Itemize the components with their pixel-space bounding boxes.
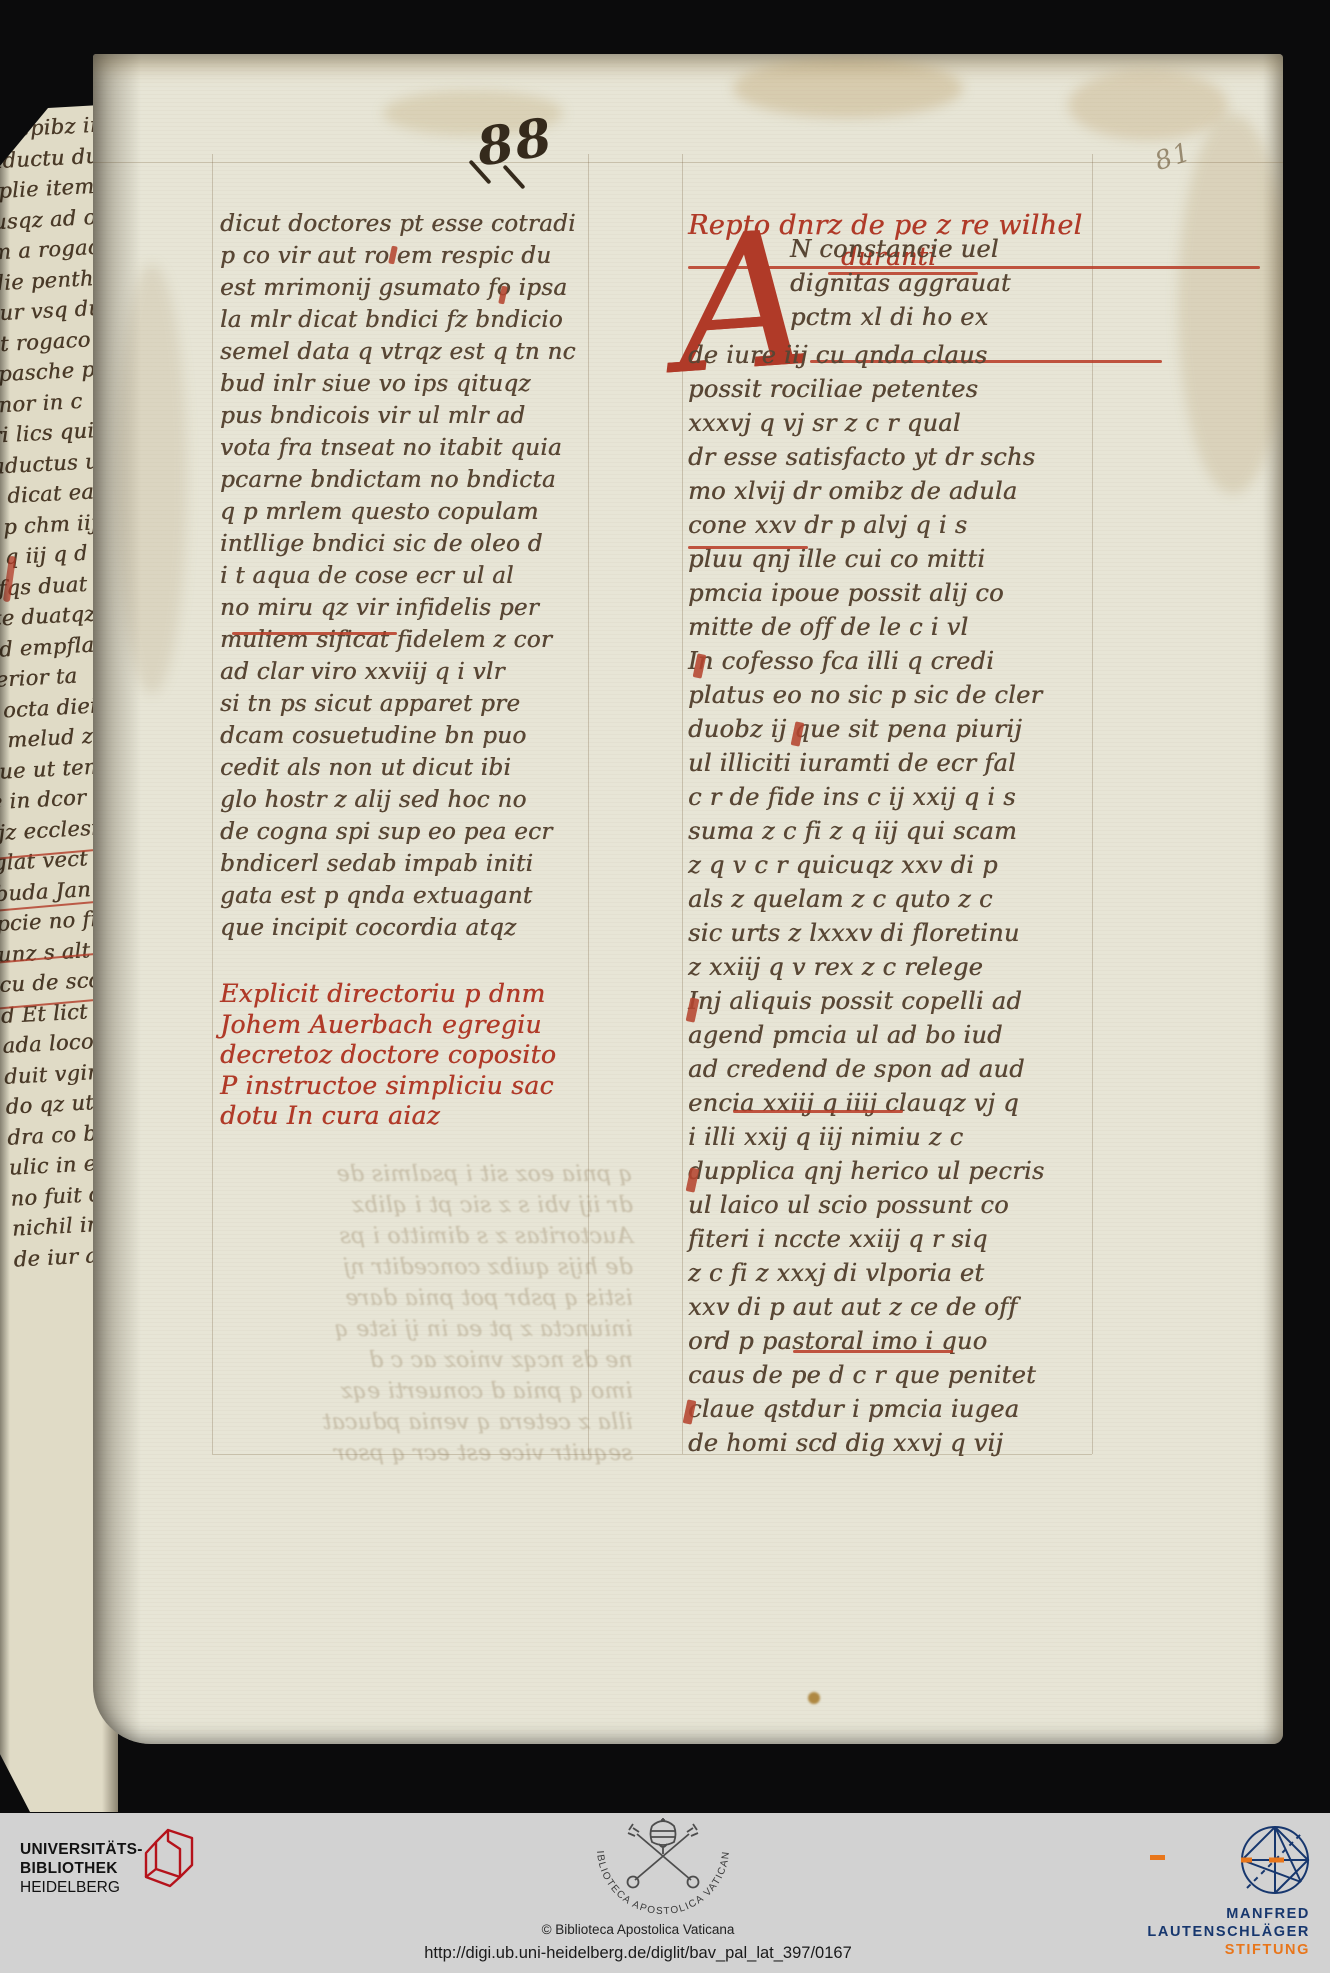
text-line: xxxvj q vj sr z c r qual: [688, 406, 1128, 440]
text-line: i t aqua de cose ecr ul al: [220, 560, 610, 592]
mls-line3: STIFTUNG: [1050, 1941, 1310, 1959]
text-line: decretoz doctore coposito: [220, 1040, 640, 1071]
right-column-indented-text: N constancie ueldignitas aggrauatpctm xl…: [790, 232, 1130, 334]
text-line: Auctoritas z s dimitto i ps: [233, 1221, 633, 1252]
vatican-emblem-icon: BIBLIOTECA APOSTOLICA VATICANA: [583, 1818, 743, 1918]
text-line: ne ds ncqz vnioz ac c d: [233, 1345, 633, 1376]
manuscript-page: 88 81 dicut doctores pt esse cotradip co…: [93, 54, 1283, 1744]
red-underline: [688, 546, 808, 549]
text-line: z c fi z xxxj di vlporia et: [688, 1256, 1128, 1290]
ub-line1: UNIVERSITÄTS-: [20, 1840, 143, 1859]
ruling-line: [93, 162, 1283, 163]
text-line: mo xlvij dr omibz de adula: [688, 474, 1128, 508]
text-line: de homi scd dig xxvj q vij: [688, 1426, 1128, 1460]
footer-bar: UNIVERSITÄTS- BIBLIOTHEK HEIDELBERG: [0, 1813, 1330, 1973]
text-line: intllige bndici sic de oleo d: [220, 528, 610, 560]
right-column-text: de iure iij cu qnda clauspossit rociliae…: [688, 338, 1128, 1460]
text-line: mitte de off de le c i vl: [688, 610, 1128, 644]
text-line: pus bndicois vir ul mlr ad: [220, 400, 610, 432]
text-line: no miru qz vir infidelis per: [220, 592, 610, 624]
text-line: pmcia ipoue possit alij co: [688, 576, 1128, 610]
stain: [808, 1692, 820, 1704]
stain: [733, 58, 963, 118]
text-line: bud inlr siue vo ips qituqz: [220, 368, 610, 400]
text-line: platus eo no sic p sic de cler: [688, 678, 1128, 712]
vatican-arc-text: BIBLIOTECA APOSTOLICA VATICANA: [583, 1818, 732, 1917]
text-line: si tn ps sicut apparet pre: [220, 688, 610, 720]
text-line: ul laico ul scio possunt co: [688, 1188, 1128, 1222]
text-line: pcarne bndictam no bndicta: [220, 464, 610, 496]
text-line: dcam cosuetudine bn puo: [220, 720, 610, 752]
text-line: pctm xl di ho ex: [790, 300, 1130, 334]
text-line: dr iij vbi s z sic pt i qlibz: [233, 1190, 633, 1221]
text-line: de hijs quibz conceditr nj: [233, 1252, 633, 1283]
text-line: als z quelam z c quto z c: [688, 882, 1128, 916]
ub-line3: HEIDELBERG: [20, 1878, 143, 1897]
text-line: imo q pnia d conuerti eqz: [233, 1376, 633, 1407]
text-line: suma z c fi z q iij qui scam: [688, 814, 1128, 848]
text-line: iniuncta z pt ea in ij iste q: [233, 1314, 633, 1345]
quire-mark: 88: [473, 106, 558, 178]
text-line: N constancie uel: [790, 232, 1130, 266]
text-line: i illi xxij q iij nimiu z c: [688, 1120, 1128, 1154]
text-line: bndicerl sedab impab initi: [220, 848, 610, 880]
text-line: de iure iij cu qnda claus: [688, 338, 1128, 372]
explicit-rubric: Explicit directoriu p dnmJohem Auerbach …: [220, 979, 640, 1132]
text-line: q p mrlem questo copulam: [220, 496, 610, 528]
text-line: vota fra tnseat no itabit quia: [220, 432, 610, 464]
text-line: que incipit cocordia atqz: [220, 912, 610, 944]
text-line: q pnia eoz sit i psalmis de: [233, 1159, 633, 1190]
text-line: duobz ij que sit pena piurij: [688, 712, 1128, 746]
text-line: cedit als non ut dicut ibi: [220, 752, 610, 784]
page-edge-shadow: [1263, 54, 1283, 1744]
ruling-line: [212, 154, 213, 1454]
text-line: sequitr vice est ecr q psor: [233, 1438, 633, 1469]
text-line: agend pmcia ul ad bo iud: [688, 1018, 1128, 1052]
text-line: dotu In cura aiaz: [220, 1101, 640, 1132]
text-line: ad credend de spon ad aud: [688, 1052, 1128, 1086]
mls-logo-icon: [1237, 1822, 1313, 1898]
text-line: ul illiciti iuramti de ecr fal: [688, 746, 1128, 780]
text-line: dignitas aggrauat: [790, 266, 1130, 300]
text-line: gata est p qnda extuagant: [220, 880, 610, 912]
text-line: possit rociliae petentes: [688, 372, 1128, 406]
text-line: c r de fide ins c ij xxij q i s: [688, 780, 1128, 814]
scanned-manuscript-viewer: ff est epibz intab aductu duin eplie ite…: [0, 0, 1330, 1973]
text-line: Explicit directoriu p dnm: [220, 979, 640, 1010]
text-line: fiteri i nccte xxiij q r siq: [688, 1222, 1128, 1256]
text-line: istis q psbr pot pnia dare: [233, 1283, 633, 1314]
text-line: sic urts z lxxxv di floretinu: [688, 916, 1128, 950]
text-line: encia xxiij q iiij clauqz vj q: [688, 1086, 1128, 1120]
text-line: xxv di p aut aut z ce de off: [688, 1290, 1128, 1324]
mls-wordmark: MANFRED LAUTENSCHLÄGER STIFTUNG: [1050, 1905, 1310, 1959]
text-line: glo hostr z alij sed hoc no: [220, 784, 610, 816]
text-line: claue qstdur i pmcia iugea: [688, 1392, 1128, 1426]
ub-heidelberg-wordmark: UNIVERSITÄTS- BIBLIOTHEK HEIDELBERG: [20, 1840, 143, 1897]
text-line: ad clar viro xxviij q i vlr: [220, 656, 610, 688]
text-line: est mrimonij gsumato fo ipsa: [220, 272, 610, 304]
text-line: z q v c r quicuqz xxv di p: [688, 848, 1128, 882]
stain: [1068, 70, 1228, 140]
svg-text:BIBLIOTECA APOSTOLICA VATICANA: BIBLIOTECA APOSTOLICA VATICANA: [583, 1818, 732, 1917]
text-line: caus de pe d c r que penitet: [688, 1358, 1128, 1392]
text-line: Inj aliquis possit copelli ad: [688, 984, 1128, 1018]
text-line: z xxiij q v rex z c relege: [688, 950, 1128, 984]
edge-shadow-left: [0, 104, 10, 1812]
red-strikethrough: [232, 632, 397, 635]
text-line: illa z cetera q venia pducat: [233, 1407, 633, 1438]
text-line: cone xxv dr p alvj q i s: [688, 508, 1128, 542]
mls-line2: LAUTENSCHLÄGER: [1050, 1923, 1310, 1941]
text-line: p co vir aut ro em respic du: [220, 240, 610, 272]
gutter-shadow: [93, 54, 141, 1744]
text-line: muliem sificat fidelem z cor: [220, 624, 610, 656]
text-line: semel data q vtrqz est q tn nc: [220, 336, 610, 368]
red-underline: [793, 1350, 953, 1353]
text-line: In cofesso fca illi q credi: [688, 644, 1128, 678]
ub-line2: BIBLIOTHEK: [20, 1859, 143, 1878]
text-line: dupplica qnj herico ul pecris: [688, 1154, 1128, 1188]
text-line: dicut doctores pt esse cotradi: [220, 208, 610, 240]
text-line: Johem Auerbach egregiu: [220, 1010, 640, 1041]
ub-book-icon: [138, 1827, 196, 1897]
text-line: la mlr dicat bndici fz bndicio: [220, 304, 610, 336]
mls-line1: MANFRED: [1050, 1905, 1310, 1923]
mls-dash-icon: [1150, 1855, 1165, 1860]
text-line: dr esse satisfacto yt dr schs: [688, 440, 1128, 474]
left-column-text: dicut doctores pt esse cotradip co vir a…: [220, 208, 610, 944]
red-underline: [733, 1110, 903, 1113]
text-line: P instructoe simpliciu sac: [220, 1071, 640, 1102]
text-line: de cogna spi sup eo pea ecr: [220, 816, 610, 848]
bleedthrough-text: q pnia eoz sit i psalmis dedr iij vbi s …: [233, 1159, 633, 1469]
